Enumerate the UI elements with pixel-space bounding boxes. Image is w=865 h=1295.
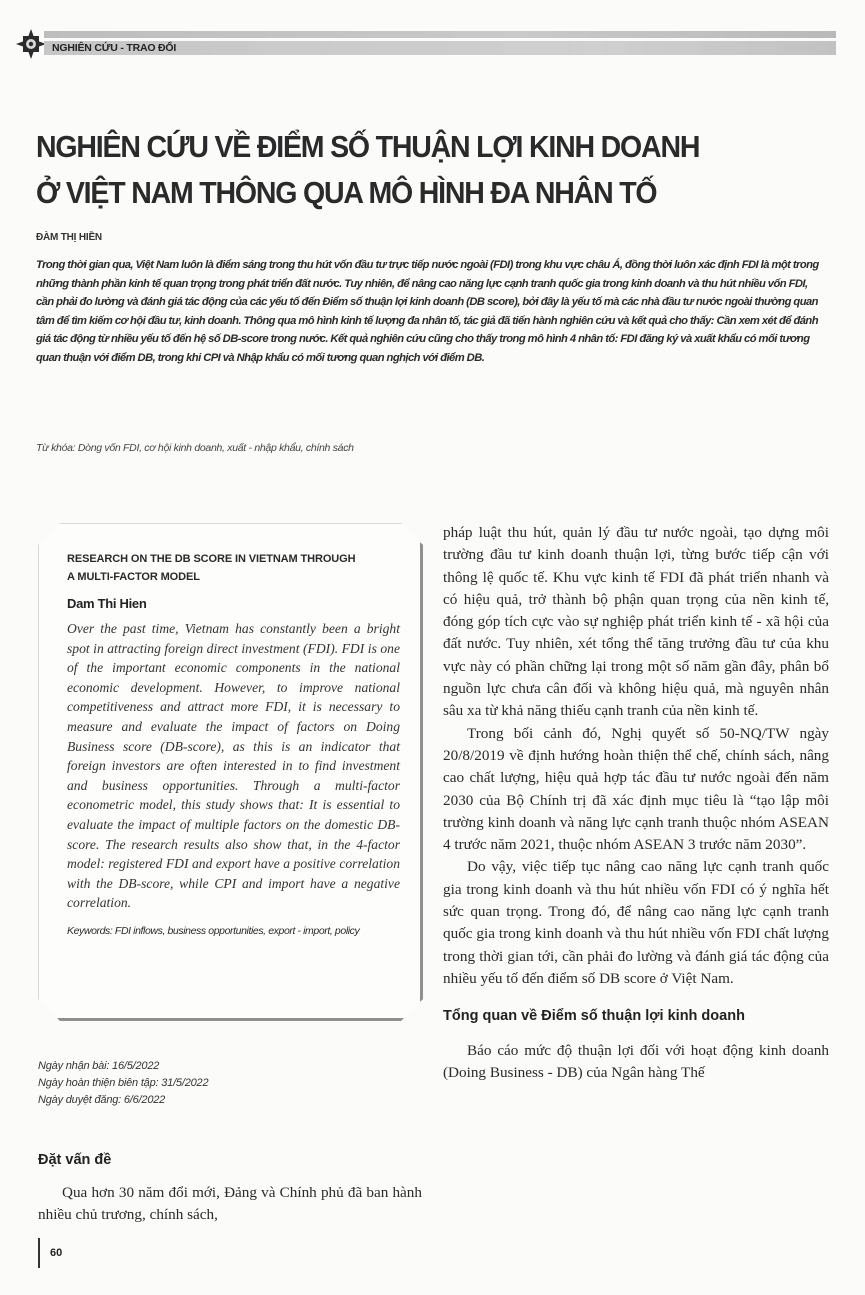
body-paragraph: pháp luật thu hút, quản lý đầu tư nước n… bbox=[443, 522, 829, 723]
section-label: NGHIÊN CỨU - TRAO ĐỔI bbox=[52, 41, 176, 55]
english-abstract-box: RESEARCH ON THE DB SCORE IN VIETNAM THRO… bbox=[38, 523, 423, 1021]
header-bar-top bbox=[44, 31, 836, 38]
title-line-1: NGHIÊN CỨU VỀ ĐIỂM SỐ THUẬN LỢI KINH DOA… bbox=[36, 124, 754, 170]
date-edited: Ngày hoàn thiện biên tập: 31/5/2022 bbox=[38, 1075, 208, 1092]
english-author: Dam Thi Hien bbox=[67, 596, 400, 611]
title-line-2: Ở VIỆT NAM THÔNG QUA MÔ HÌNH ĐA NHÂN TỐ bbox=[36, 170, 754, 216]
english-title-line-2: A MULTI-FACTOR MODEL bbox=[67, 568, 400, 586]
english-title-line-1: RESEARCH ON THE DB SCORE IN VIETNAM THRO… bbox=[67, 550, 400, 568]
body-paragraph: Do vậy, việc tiếp tục nâng cao năng lực … bbox=[443, 856, 829, 990]
heading-introduction: Đặt vấn đề bbox=[38, 1152, 111, 1168]
article-title: NGHIÊN CỨU VỀ ĐIỂM SỐ THUẬN LỢI KINH DOA… bbox=[36, 124, 754, 216]
english-abstract: Over the past time, Vietnam has constant… bbox=[67, 619, 400, 913]
body-paragraph: Qua hơn 30 năm đổi mới, Đảng và Chính ph… bbox=[38, 1182, 422, 1227]
body-paragraph: Trong bối cảnh đó, Nghị quyết số 50-NQ/T… bbox=[443, 723, 829, 857]
right-column-body: pháp luật thu hút, quản lý đầu tư nước n… bbox=[443, 522, 829, 1084]
date-approved: Ngày duyệt đăng: 6/6/2022 bbox=[38, 1092, 208, 1109]
left-column-body: Qua hơn 30 năm đổi mới, Đảng và Chính ph… bbox=[38, 1182, 422, 1227]
english-title: RESEARCH ON THE DB SCORE IN VIETNAM THRO… bbox=[67, 550, 400, 586]
publication-dates: Ngày nhận bài: 16/5/2022 Ngày hoàn thiện… bbox=[38, 1058, 208, 1109]
section-header: NGHIÊN CỨU - TRAO ĐỔI bbox=[14, 28, 836, 60]
date-received: Ngày nhận bài: 16/5/2022 bbox=[38, 1058, 208, 1075]
keywords-vietnamese: Từ khóa: Dòng vốn FDI, cơ hội kinh doanh… bbox=[36, 442, 354, 454]
article-author: ĐÀM THỊ HIỀN bbox=[36, 232, 102, 243]
abstract-vietnamese: Trong thời gian qua, Việt Nam luôn là đi… bbox=[36, 256, 826, 368]
heading-overview: Tổng quan về Điểm số thuận lợi kinh doan… bbox=[443, 1005, 829, 1027]
compass-star-emblem-icon bbox=[16, 29, 46, 59]
page-number: 60 bbox=[38, 1238, 62, 1268]
english-keywords: Keywords: FDI inflows, business opportun… bbox=[67, 925, 400, 937]
body-paragraph: Báo cáo mức độ thuận lợi đối với hoạt độ… bbox=[443, 1040, 829, 1085]
